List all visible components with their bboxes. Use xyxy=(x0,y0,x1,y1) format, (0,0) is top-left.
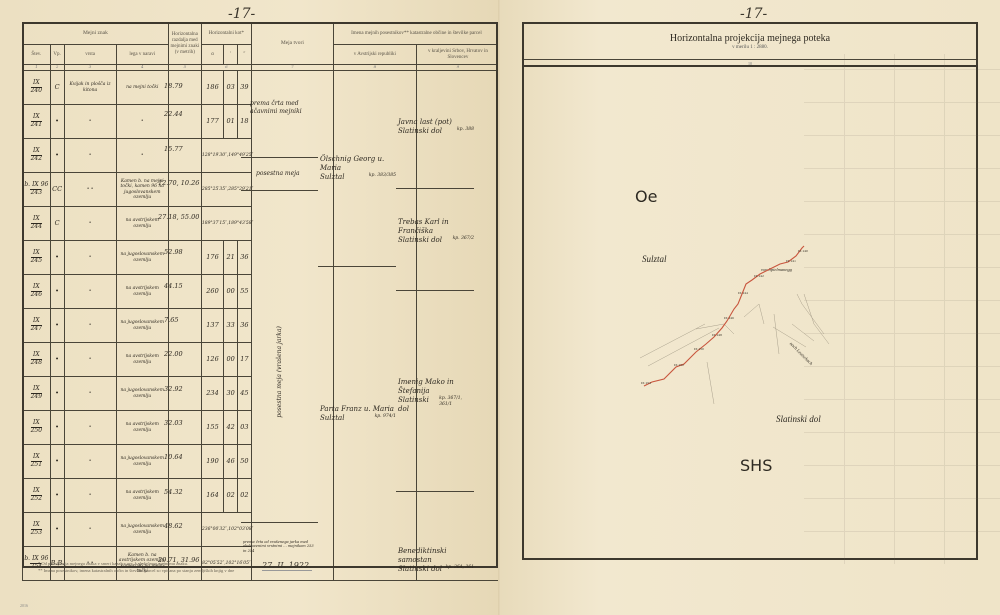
page-number-left: -17- xyxy=(228,6,255,22)
owner-name: Parta Franz u. Maria xyxy=(320,405,396,414)
mark-location: na jugoslovanskem ozemlju xyxy=(116,377,168,411)
angle-degrees: 177 xyxy=(201,105,223,139)
footnotes: * Od podaljšanja mejnega znaka v smeri k… xyxy=(38,560,234,574)
angle-minutes: 21 xyxy=(224,241,238,275)
mark-vp: • xyxy=(50,513,64,547)
distance-value: 29.71, 31.96 xyxy=(158,556,199,564)
owner-kataster: Sulztal xyxy=(320,414,344,423)
angle-minutes: 42 xyxy=(224,411,238,445)
distance-cell xyxy=(168,411,201,445)
boundary-mark-number: b.IX96243 xyxy=(23,173,51,207)
distance-value: 12.70, 10.26 xyxy=(158,179,199,187)
boundary-mark-number: IX242 xyxy=(23,139,51,173)
distance-value: 18.79 xyxy=(164,82,183,90)
angle-minutes: 01 xyxy=(224,105,238,139)
mark-type: • xyxy=(64,139,116,173)
mark-type: • xyxy=(64,309,116,343)
meja-segment-4: prema črta od vrašenega jarka med eksbuv… xyxy=(243,540,318,553)
distance-cell xyxy=(168,173,201,207)
distance-value: 32.03 xyxy=(164,419,183,427)
distance-value: 22.44 xyxy=(164,110,183,118)
angle-degrees: 126 xyxy=(201,343,223,377)
angle-minutes: 00 xyxy=(224,343,238,377)
mark-vp: CC xyxy=(50,173,64,207)
mark-vp: C xyxy=(50,71,64,105)
mark-location: na jugoslovanskem ozemlju xyxy=(116,309,168,343)
angle-degrees: 164 xyxy=(201,479,223,513)
shs-owners-column xyxy=(416,71,499,581)
divider xyxy=(396,188,474,189)
angle-seconds: 36 xyxy=(238,241,252,275)
svg-text:IX 252: IX 252 xyxy=(674,363,684,367)
mark-location: na avstrijskem ozemlju xyxy=(116,275,168,309)
shs-owner-trebas: Trebas Karl in Frančiška Slatinski dolkp… xyxy=(398,218,474,245)
mark-type: • xyxy=(64,411,116,445)
mark-vp: • xyxy=(50,275,64,309)
distance-value: 44.15 xyxy=(164,282,183,290)
boundary-mark-number: IX249 xyxy=(23,377,51,411)
owner-name: Javna last (pot) xyxy=(398,118,474,127)
ledger-body: IX240C Kvijak in plošča iz kitona na mej… xyxy=(23,71,500,581)
mark-type: Kvijak in plošča iz kitona xyxy=(64,71,116,105)
mark-type: • xyxy=(64,105,116,139)
distance-value: 52.98 xyxy=(164,248,183,256)
owner-kataster: Slatinski dol xyxy=(398,396,439,414)
owner-parcels: kp. 367/1, 361/1 xyxy=(439,396,474,414)
header-owner-names: Imena mejnih posestnikov** katastralne o… xyxy=(333,23,499,45)
boundary-mark-number: IX253 xyxy=(23,513,51,547)
meja-segment-1: prema črta med ačavnimi mejniki xyxy=(250,100,320,116)
distance-cell xyxy=(168,377,201,411)
mark-location: na mejni točki xyxy=(116,71,168,105)
angle-degrees: 137 xyxy=(201,309,223,343)
distance-value: 27.18, 55.00 xyxy=(158,213,199,221)
mark-location: Kamen b. na mejni točki, kamen 96 na jug… xyxy=(116,173,168,207)
mark-type: • xyxy=(64,343,116,377)
angle-degrees: 176 xyxy=(201,241,223,275)
boundary-mark-number: IX247 xyxy=(23,309,51,343)
corner-mark: 2016 xyxy=(20,603,28,608)
mark-vp: • xyxy=(50,241,64,275)
divider xyxy=(241,522,318,523)
angle-seconds: 17 xyxy=(238,343,252,377)
shs-owner-javna-last: Javna last (pot) Slatinski dolkp. 388 xyxy=(398,118,474,136)
distance-value: 10.64 xyxy=(164,453,183,461)
meja-segment-2: posestna meja xyxy=(256,170,300,178)
header-angle-sec: ″ xyxy=(238,45,252,65)
mark-type: • xyxy=(64,241,116,275)
boundary-mark-number: IX241 xyxy=(23,105,51,139)
header-mejni-znak: Mejni znak xyxy=(23,23,169,45)
svg-text:IX 248: IX 248 xyxy=(712,333,722,337)
boundary-mark-number: IX244 xyxy=(23,207,51,241)
mark-vp: • xyxy=(50,343,64,377)
mark-vp: • xyxy=(50,445,64,479)
header-lega: lega v naravi xyxy=(116,45,168,65)
boundary-mark-number: IX251 xyxy=(23,445,51,479)
angle-degrees: 190 xyxy=(201,445,223,479)
header-horizontal-angle: Horizontalni kot* xyxy=(201,23,251,45)
mark-type: • xyxy=(64,513,116,547)
distance-value: 32.92 xyxy=(164,385,183,393)
svg-text:IX 241: IX 241 xyxy=(786,259,796,263)
divider xyxy=(396,491,474,492)
angle-seconds: 45 xyxy=(238,377,252,411)
mark-vp: • xyxy=(50,105,64,139)
austria-owners-column xyxy=(333,71,416,581)
owner-name: Benediktinski samostan xyxy=(398,547,474,565)
left-page: -17- Mejni znak Horizontalna razdalja me… xyxy=(0,0,500,615)
angle-degrees: 234 xyxy=(201,377,223,411)
right-page: -17- Horizontalna projekcija mejnega pot… xyxy=(500,0,1000,615)
distance-cell xyxy=(168,343,201,377)
distance-cell xyxy=(168,207,201,241)
distance-cell xyxy=(168,445,201,479)
boundary-mark-number: IX248 xyxy=(23,343,51,377)
header-shs: v kraljevini Srbov, Hrvatov in Slovencev xyxy=(416,45,499,65)
horizontal-angle: 128°19′30″,149°49′25″ xyxy=(201,139,251,173)
owner-name: Imenig Mako in Štefanija xyxy=(398,378,474,396)
parcel-lines xyxy=(640,294,829,404)
owner-kataster: Slatinski dol xyxy=(398,236,442,245)
mark-location: na avstrijskem ozemlju xyxy=(116,343,168,377)
header-austria: v Avstrijski republiki xyxy=(333,45,416,65)
meja-segment-3: posestna meja (vrašena jarka) xyxy=(276,312,284,432)
distance-value: 7.65 xyxy=(164,316,178,324)
mark-vp: • xyxy=(50,411,64,445)
angle-seconds: 03 xyxy=(238,411,252,445)
divider xyxy=(241,157,318,158)
header-angle-min: ′ xyxy=(224,45,238,65)
distance-value: 54.32 xyxy=(164,488,183,496)
mark-location: • xyxy=(116,139,168,173)
header-stev: Štev. xyxy=(23,45,51,65)
mark-location: na avstrijskem ozemlju xyxy=(116,479,168,513)
mark-vp: • xyxy=(50,309,64,343)
boundary-mark-number: IX245 xyxy=(23,241,51,275)
distance-cell xyxy=(168,139,201,173)
angle-seconds: 50 xyxy=(238,445,252,479)
angle-minutes: 33 xyxy=(224,309,238,343)
angle-seconds: 55 xyxy=(238,275,252,309)
boundary-mark-number: IX250 xyxy=(23,411,51,445)
owner-parcels: kp. 974/1 xyxy=(375,414,396,423)
angle-degrees: 155 xyxy=(201,411,223,445)
date-signature: 27. II. 1922. xyxy=(262,561,312,571)
mark-location: na avstrijskem ozemlju xyxy=(116,411,168,445)
footnote-angle: * Od podaljšanja mejnega znaka v smeri k… xyxy=(38,560,234,567)
mark-type: • xyxy=(64,207,116,241)
map-frame: Horizontalna projekcija mejnega poteka v… xyxy=(522,22,978,560)
mark-vp: • xyxy=(50,479,64,513)
mark-type: • xyxy=(64,377,116,411)
distance-value: 22.00 xyxy=(164,350,183,358)
distance-cell xyxy=(168,241,201,275)
svg-text:IX 242: IX 242 xyxy=(754,274,764,278)
owner-name: Trebas Karl in Frančiška xyxy=(398,218,474,236)
owner-name: Ölschnig Georg u. Maria xyxy=(320,155,396,173)
distance-value: 48.62 xyxy=(164,522,183,530)
angle-degrees: 186 xyxy=(201,71,223,105)
angle-seconds: 36 xyxy=(238,309,252,343)
distance-cell xyxy=(168,275,201,309)
mark-location: na jugoslovanskem ozemlju xyxy=(116,513,168,547)
svg-text:IX 246: IX 246 xyxy=(724,316,734,320)
svg-text:IX 250: IX 250 xyxy=(694,347,704,351)
mark-vp: C xyxy=(50,207,64,241)
mark-type: • xyxy=(64,479,116,513)
mark-location: na jugoslovanskem ozemlju xyxy=(116,241,168,275)
owner-parcels: kp. 383/385 xyxy=(369,173,396,182)
angle-minutes: 02 xyxy=(224,479,238,513)
page-number-right: -17- xyxy=(740,6,767,22)
boundary-mark-number: IX240 xyxy=(23,71,51,105)
boundary-mark-number: IX246 xyxy=(23,275,51,309)
svg-text:IX 240: IX 240 xyxy=(798,249,808,253)
divider xyxy=(318,266,396,267)
header-horizontal-distance: Horizontalna razdalja med mejnimi znaki … xyxy=(168,23,201,65)
shs-owner-benediktinski: Benediktinski samostan Slatinski dolkp. … xyxy=(398,547,474,574)
owner-parcels: kp. 367/2 xyxy=(453,236,474,245)
boundary-map: IX 254IX 252 IX 250IX 248 IX 246IX 244 I… xyxy=(524,24,980,562)
angle-minutes: 03 xyxy=(224,71,238,105)
meja-tvori-column xyxy=(251,71,333,581)
footnote-owners: ** Imena posestnikov, imena katastralnih… xyxy=(38,567,234,574)
svg-text:IX 244: IX 244 xyxy=(738,291,748,295)
mark-type: • xyxy=(64,445,116,479)
horizontal-angle: 189°37′15″,189°43′58″ xyxy=(201,207,251,241)
mark-type: • • xyxy=(64,173,116,207)
angle-degrees: 260 xyxy=(201,275,223,309)
angle-minutes: 00 xyxy=(224,275,238,309)
shs-owner-imenig: Imenig Mako in Štefanija Slatinski dolkp… xyxy=(398,378,474,414)
owner-parcels: kp. 388 xyxy=(457,127,474,136)
divider xyxy=(241,190,318,191)
owner-kataster: Slatinski dol xyxy=(398,127,442,136)
mark-location: • xyxy=(116,105,168,139)
owner-kataster: Sulztal xyxy=(320,173,344,182)
angle-seconds: 02 xyxy=(238,479,252,513)
angle-minutes: 30 xyxy=(224,377,238,411)
boundary-mark-number: IX252 xyxy=(23,479,51,513)
divider xyxy=(396,290,474,291)
distance-cell xyxy=(168,309,201,343)
header-vp: Vp. xyxy=(50,45,64,65)
document-spread: -17- Mejni znak Horizontalna razdalja me… xyxy=(0,0,1000,615)
mark-location: na jugoslovanskem ozemlju xyxy=(116,445,168,479)
header-vrsta: vrsta xyxy=(64,45,116,65)
boundary-point-labels: IX 254IX 252 IX 250IX 248 IX 246IX 244 I… xyxy=(641,249,808,385)
owner-kataster: Slatinski dol xyxy=(398,565,442,574)
angle-minutes: 46 xyxy=(224,445,238,479)
mark-type: • xyxy=(64,275,116,309)
svg-text:IX 254: IX 254 xyxy=(641,381,651,385)
header-meja-tvori: Meja tvori xyxy=(251,23,333,65)
mark-vp: • xyxy=(50,377,64,411)
austria-owner-olschnig: Ölschnig Georg u. Maria Sulztalkp. 383/3… xyxy=(320,155,396,182)
header-angle-deg: α xyxy=(201,45,223,65)
austria-owner-parta: Parta Franz u. Maria Sulztalkp. 974/1 xyxy=(320,405,396,423)
distance-value: 15.77 xyxy=(164,145,183,153)
owner-parcels: kp. 364, 361 xyxy=(445,565,474,574)
mark-location: na avstrijskem ozemlju xyxy=(116,207,168,241)
mark-vp: • xyxy=(50,139,64,173)
